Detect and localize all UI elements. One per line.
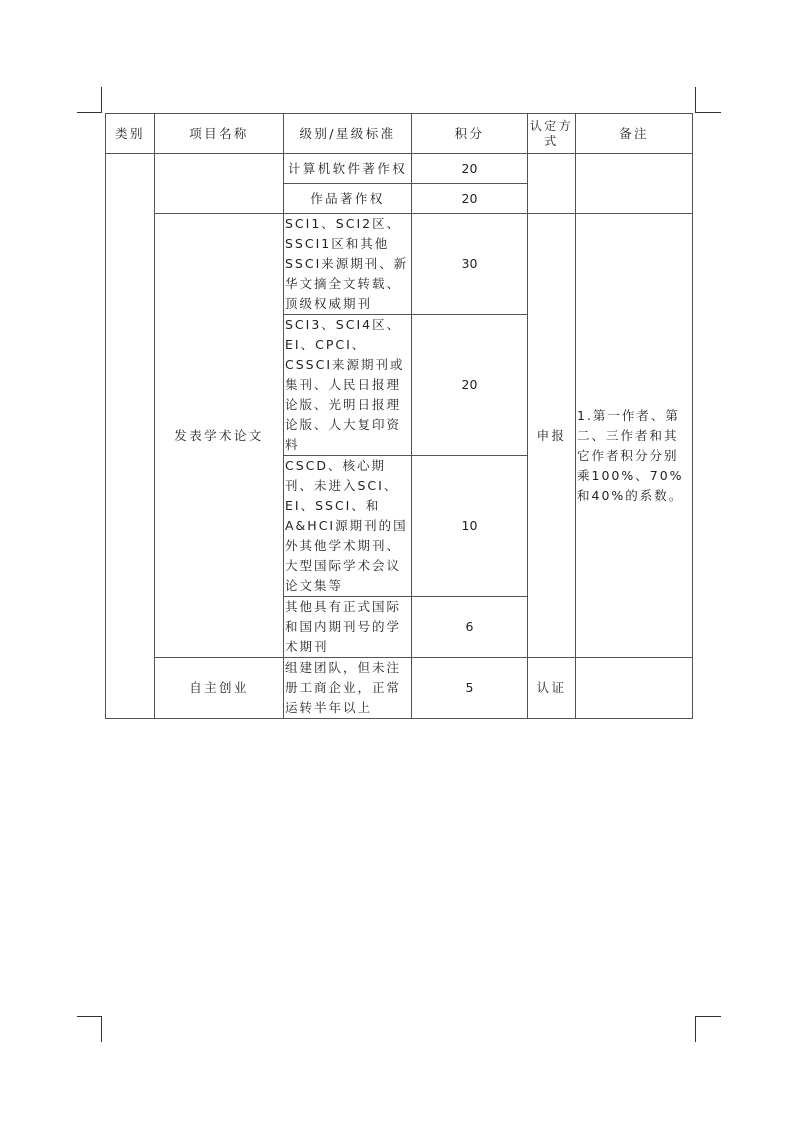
points-table: 类别 项目名称 级别/星级标准 积分 认定方式 备注 计算机软件著作权 20 作… [105, 113, 693, 719]
standard-cell: SCI1、SCI2区、SSCI1区和其他SSCI来源期刊、新华文摘全文转载、顶级… [284, 214, 412, 315]
category-cell [106, 154, 155, 719]
remarks-cell-copyright [576, 154, 693, 214]
standard-cell: 作品著作权 [284, 184, 412, 214]
header-level-standard: 级别/星级标准 [284, 114, 412, 154]
crop-mark-top-left-v [101, 87, 102, 113]
points-cell: 6 [412, 597, 528, 658]
table-header-row: 类别 项目名称 级别/星级标准 积分 认定方式 备注 [106, 114, 693, 154]
header-method: 认定方式 [528, 114, 576, 154]
remarks-cell-papers: 1.第一作者、第二、三作者和其它作者积分分别乘100%、70%和40%的系数。 [576, 214, 693, 658]
header-category: 类别 [106, 114, 155, 154]
crop-mark-bottom-right-v [695, 1016, 696, 1042]
points-cell: 30 [412, 214, 528, 315]
method-cell-startup: 认证 [528, 658, 576, 719]
points-cell: 20 [412, 315, 528, 456]
method-cell-copyright [528, 154, 576, 214]
item-cell-startup: 自主创业 [155, 658, 284, 719]
table-row: 计算机软件著作权 20 [106, 154, 693, 184]
header-points: 积分 [412, 114, 528, 154]
item-cell-papers: 发表学术论文 [155, 214, 284, 658]
crop-mark-top-left-h [77, 112, 102, 113]
standard-cell: 计算机软件著作权 [284, 154, 412, 184]
standard-cell: 其他具有正式国际和国内期刊号的学术期刊 [284, 597, 412, 658]
header-item-name: 项目名称 [155, 114, 284, 154]
header-remarks: 备注 [576, 114, 693, 154]
crop-mark-bottom-left-h [77, 1016, 102, 1017]
remarks-text: 1.第一作者、第二、三作者和其它作者积分分别乘100%、70%和40%的系数。 [577, 406, 692, 506]
standard-cell: 组建团队，但未注册工商企业，正常运转半年以上 [284, 658, 412, 719]
points-cell: 10 [412, 456, 528, 597]
crop-mark-top-right-v [695, 87, 696, 113]
table-row: 发表学术论文 SCI1、SCI2区、SSCI1区和其他SSCI来源期刊、新华文摘… [106, 214, 693, 315]
crop-mark-bottom-left-v [101, 1016, 102, 1042]
standard-cell: SCI3、SCI4区、EI、CPCI、CSSCI来源期刊或集刊、人民日报理论版、… [284, 315, 412, 456]
crop-mark-top-right-h [696, 112, 721, 113]
points-cell: 5 [412, 658, 528, 719]
method-cell-papers: 申报 [528, 214, 576, 658]
item-cell-copyright [155, 154, 284, 214]
remarks-cell-startup [576, 658, 693, 719]
points-cell: 20 [412, 184, 528, 214]
crop-mark-bottom-right-h [696, 1016, 721, 1017]
table-row: 自主创业 组建团队，但未注册工商企业，正常运转半年以上 5 认证 [106, 658, 693, 719]
standard-cell: CSCD、核心期刊、未进入SCI、EI、SSCI、和A&HCI源期刊的国外其他学… [284, 456, 412, 597]
points-cell: 20 [412, 154, 528, 184]
